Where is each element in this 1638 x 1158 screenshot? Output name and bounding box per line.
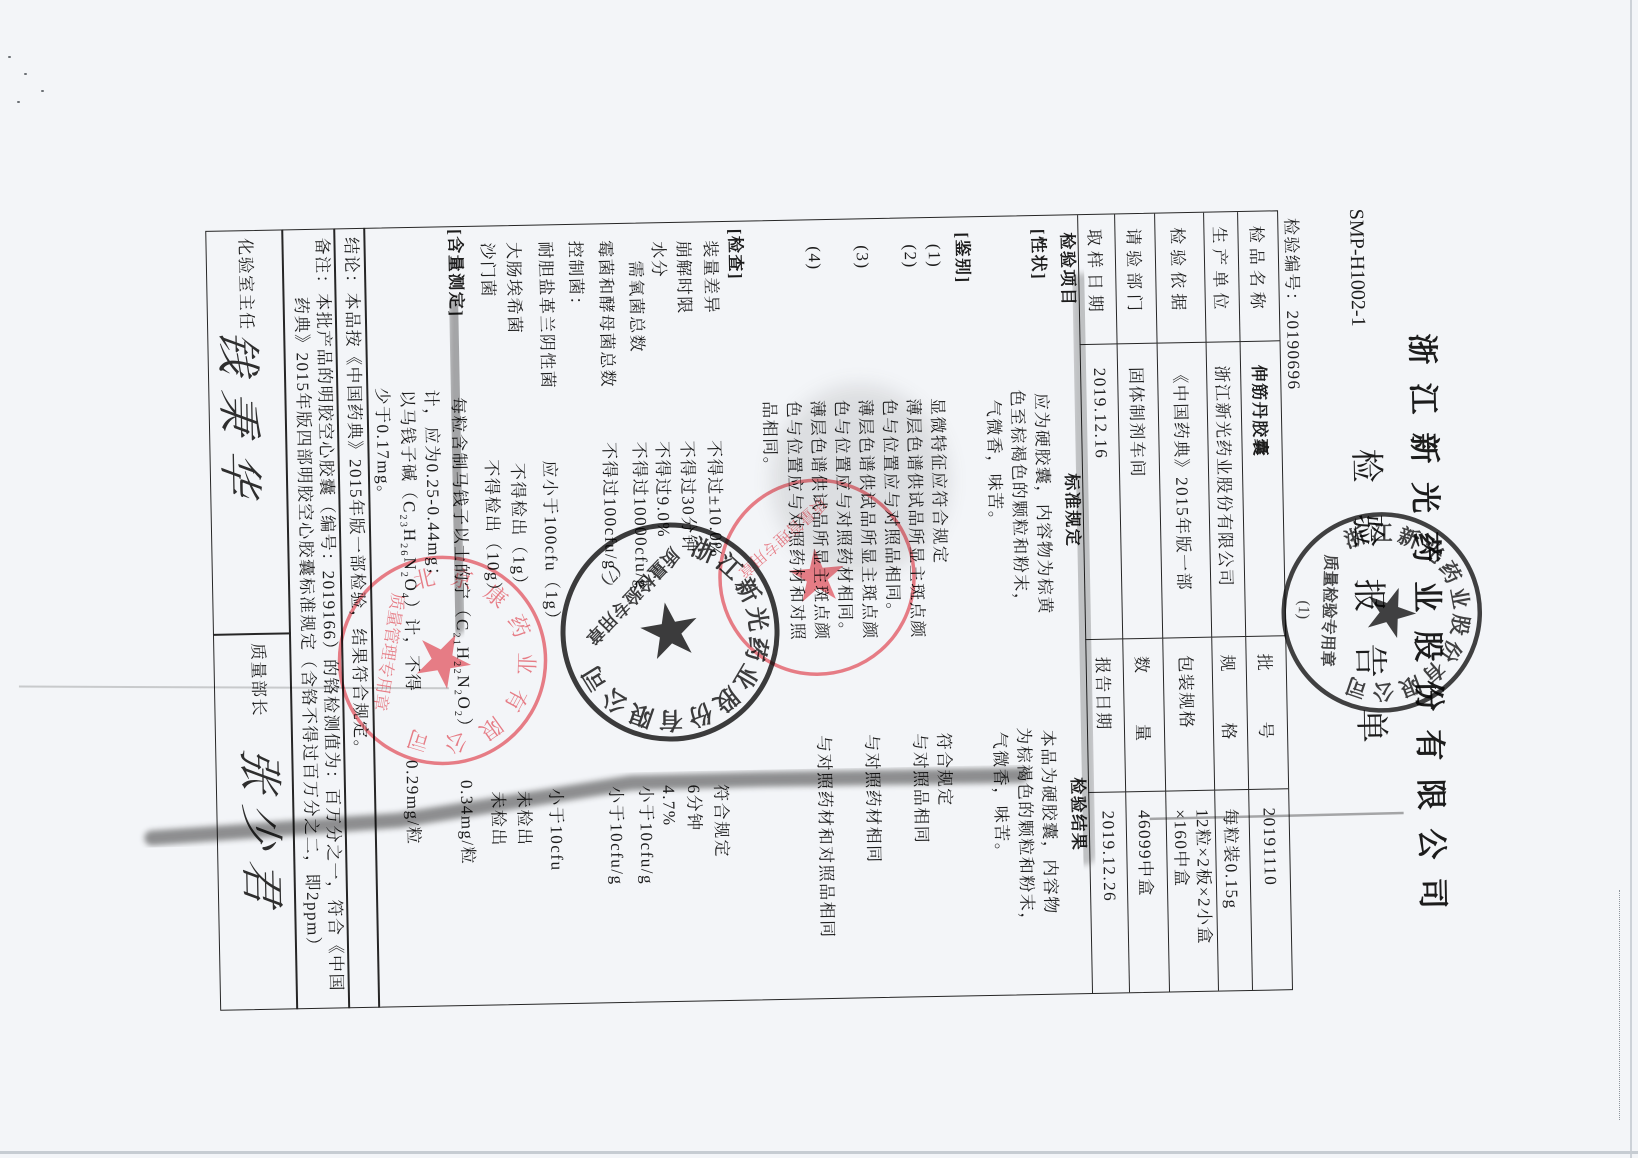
section-heading-identification: [鉴别] <box>950 232 973 284</box>
stamp-inner-text: 质量管理专用章 <box>370 592 408 713</box>
standard-text: 少于0.17mg。 <box>370 387 394 503</box>
packaging-spec-line: 12粒×2板×2小盒 <box>1191 809 1216 946</box>
header-table: 检品名称 伸筋丹胶囊 批号 20191110 生产单位 浙江新光药业股份有限公司… <box>1077 211 1292 993</box>
column-result-heading: 检验结果 <box>1066 777 1089 851</box>
item-label: (4) <box>803 246 825 271</box>
label-report-date: 报告日期 <box>1085 639 1125 793</box>
result-text: 小于10cfu/g <box>634 785 658 885</box>
test-label: 装量差异 <box>699 240 722 314</box>
result-text: 符合规定 <box>709 784 732 858</box>
column-item-heading: 检验项目 <box>1055 232 1078 306</box>
label-requesting-dept: 请验部门 <box>1114 214 1156 345</box>
star-icon <box>1368 587 1417 639</box>
star-icon <box>633 595 712 674</box>
column-standard-heading: 标准规定 <box>1060 473 1083 547</box>
star-icon <box>415 630 475 692</box>
stamp-number: (7) <box>598 563 625 590</box>
standard-text: 气微香，味苦。 <box>982 400 1006 530</box>
result-text: 6分钟 <box>682 784 705 831</box>
standard-text: 应为硬胶囊，内容物为棕黄 <box>1029 393 1055 615</box>
label-product-name: 检品名称 <box>1237 211 1279 342</box>
scan-speck <box>24 73 27 75</box>
scan-speck <box>41 90 44 92</box>
result-text: 小于10cfu <box>544 788 568 872</box>
scan-edge-right <box>1630 0 1632 1158</box>
value-report-date: 2019.12.26 <box>1088 792 1129 993</box>
result-text: 未检出 <box>486 791 509 847</box>
value-quantity: 46099中盒 <box>1125 792 1169 993</box>
label-specification: 规格 <box>1211 637 1248 791</box>
inspection-report-page: 浙江新光药业股份有限公司 SMP-H1002-1 检验报告单 检验编号：2019… <box>200 207 1465 1011</box>
result-text: 为棕褐色的颗粒和粉末， <box>1012 727 1038 931</box>
result-text: 0.34mg/粒 <box>455 780 479 866</box>
label-packaging-spec: 包装规格 <box>1162 638 1214 792</box>
section-heading-description: [性状] <box>1026 229 1049 281</box>
scan-edge-bottom <box>0 1151 1638 1154</box>
value-batch-number: 20191110 <box>1248 789 1292 990</box>
form-code: SMP-H1002-1 <box>1345 209 1369 327</box>
value-manufacturer: 浙江新光药业股份有限公司 <box>1206 342 1246 638</box>
test-label: 需氧菌总数 <box>624 260 648 353</box>
item-label: (2) <box>899 244 921 269</box>
red-company-stamp: 北京康药业有限公司 质量管理专用章 <box>317 535 568 786</box>
signature-role-quality-head: 质量部长 <box>246 643 269 717</box>
report-number-label: 检验编号： <box>1281 218 1302 311</box>
result-text: 未检出 <box>512 791 535 847</box>
standard-text: 品相同。 <box>758 401 781 475</box>
result-text: 符合规定 <box>932 733 955 807</box>
control-bacteria-heading: 控制菌： <box>563 241 586 315</box>
item-label: (3) <box>851 245 873 270</box>
result-text: 与对照药材相同 <box>860 734 884 864</box>
label-sampling-date: 取样日期 <box>1077 214 1116 345</box>
section-heading-tests: [检查] <box>723 229 746 281</box>
value-test-basis: 《中国药典》2015年版一部 <box>1157 343 1212 639</box>
result-text: 本品为硬胶囊，内容物 <box>1036 730 1062 915</box>
result-text: 与对照药材和对照品相同 <box>812 735 838 939</box>
conclusion-label: 结论： <box>341 237 361 293</box>
value-requesting-dept: 固体制剂车间 <box>1117 344 1163 640</box>
report-number: 检验编号：20190696 <box>1279 218 1304 391</box>
report-number-value: 20190696 <box>1283 310 1304 390</box>
standard-text: 色至棕褐色的颗粒和粉末， <box>1005 389 1031 611</box>
packaging-spec-line: ×160中盒 <box>1169 809 1192 888</box>
item-label: (1) <box>923 244 945 269</box>
remarks-label: 备注： <box>312 237 332 293</box>
stamp-inner-text: 质量检验专用章 <box>1318 554 1341 667</box>
section-heading-assay: [含量测定] <box>443 229 467 318</box>
label-manufacturer: 生产单位 <box>1203 212 1239 343</box>
stamp-number: (1) <box>1295 600 1313 619</box>
value-sampling-date: 2019.12.16 <box>1080 344 1123 640</box>
label-quantity: 数量 <box>1122 639 1165 793</box>
signature-role-lab-director: 化验室主任 <box>233 238 257 331</box>
test-label: 大肠埃希菌 <box>502 242 526 335</box>
test-label: 沙门菌 <box>476 242 499 298</box>
value-packaging-spec: 12粒×2板×2小盒 ×160中盒 <box>1165 791 1218 992</box>
result-text: 气微香，味苦。 <box>988 732 1012 862</box>
test-label: 耐胆盐革兰阴性菌 <box>533 241 558 389</box>
scan-dotted-line <box>1619 890 1620 1120</box>
signature-lab-director: 钱秉华 <box>212 327 264 513</box>
scan-speck <box>8 56 11 58</box>
test-label: 水分 <box>647 241 670 278</box>
value-specification: 每粒装0.15g <box>1214 790 1252 991</box>
black-report-stamp: 浙江新光药业股份有限公司 质量检验专用章 (1) <box>1273 504 1490 721</box>
signature-quality-head: 张少君 <box>234 745 285 919</box>
label-test-basis: 检验依据 <box>1154 213 1205 344</box>
standard-text: 显微特征应符合规定 <box>926 398 951 565</box>
result-text: 小于10cfu/g <box>604 786 628 886</box>
test-label: 霉菌和酵母菌总数 <box>593 240 618 388</box>
result-text: 与对照品相同 <box>908 733 932 844</box>
result-text: 0.29mg/粒 <box>400 760 424 846</box>
scan-speck <box>17 101 20 103</box>
test-label: 崩解时限 <box>672 241 695 315</box>
